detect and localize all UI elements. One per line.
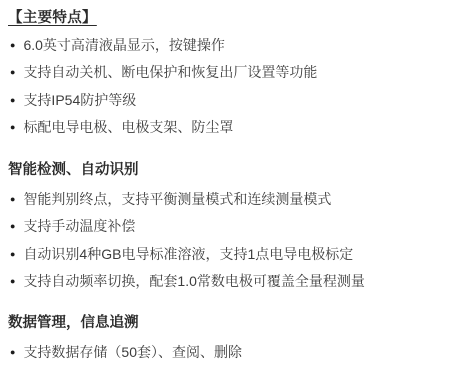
feature-item: ● 自动识别4种GB电导标准溶液，支持1点电导电极标定 xyxy=(10,240,448,268)
bullet-icon: ● xyxy=(10,277,15,286)
bullet-icon: ● xyxy=(10,195,15,204)
feature-text: 6.0英寸高清液晶显示，按键操作 xyxy=(23,37,224,53)
bullet-icon: ● xyxy=(10,68,15,77)
main-features-title: 【主要特点】 xyxy=(8,10,97,26)
feature-item: ● 支持自动关机、断电保护和恢复出厂设置等功能 xyxy=(10,59,448,87)
feature-item: ● 智能判别终点，支持平衡测量模式和连续测量模式 xyxy=(10,185,448,213)
bullet-icon: ● xyxy=(10,123,15,132)
data-management-list: ● 支持数据存储（50套）、查阅、删除 xyxy=(8,338,448,366)
feature-item: ● 支持数据存储（50套）、查阅、删除 xyxy=(10,338,448,366)
feature-text: 支持自动频率切换，配套1.0常数电极可覆盖全量程测量 xyxy=(23,273,364,289)
feature-item: ● 标配电导电极、电极支架、防尘罩 xyxy=(10,114,448,142)
feature-item: ● 支持IP54防护等级 xyxy=(10,86,448,114)
feature-item: ● 支持手动温度补偿 xyxy=(10,213,448,241)
section-heading-data-management: 数据管理，信息追溯 xyxy=(8,315,448,331)
feature-text: 支持自动关机、断电保护和恢复出厂设置等功能 xyxy=(23,64,317,80)
bullet-icon: ● xyxy=(10,41,15,50)
feature-item: ● 6.0英寸高清液晶显示，按键操作 xyxy=(10,31,448,59)
feature-text: 支持手动温度补偿 xyxy=(23,218,135,234)
bullet-icon: ● xyxy=(10,250,15,259)
bullet-icon: ● xyxy=(10,348,15,357)
bullet-icon: ● xyxy=(10,222,15,231)
feature-text: 标配电导电极、电极支架、防尘罩 xyxy=(23,119,233,135)
bullet-icon: ● xyxy=(10,96,15,105)
feature-text: 支持数据存储（50套）、查阅、删除 xyxy=(23,344,242,360)
feature-item: ● 支持自动频率切换，配套1.0常数电极可覆盖全量程测量 xyxy=(10,268,448,296)
feature-text: 自动识别4种GB电导标准溶液，支持1点电导电极标定 xyxy=(23,246,353,262)
feature-text: 智能判别终点，支持平衡测量模式和连续测量模式 xyxy=(23,191,331,207)
main-features-list: ● 6.0英寸高清液晶显示，按键操作 ● 支持自动关机、断电保护和恢复出厂设置等… xyxy=(8,31,448,141)
section-heading-smart-detection: 智能检测、自动识别 xyxy=(8,162,448,178)
product-features-document: 【主要特点】 ● 6.0英寸高清液晶显示，按键操作 ● 支持自动关机、断电保护和… xyxy=(0,0,458,376)
feature-text: 支持IP54防护等级 xyxy=(23,92,136,108)
smart-detection-list: ● 智能判别终点，支持平衡测量模式和连续测量模式 ● 支持手动温度补偿 ● 自动… xyxy=(8,185,448,295)
